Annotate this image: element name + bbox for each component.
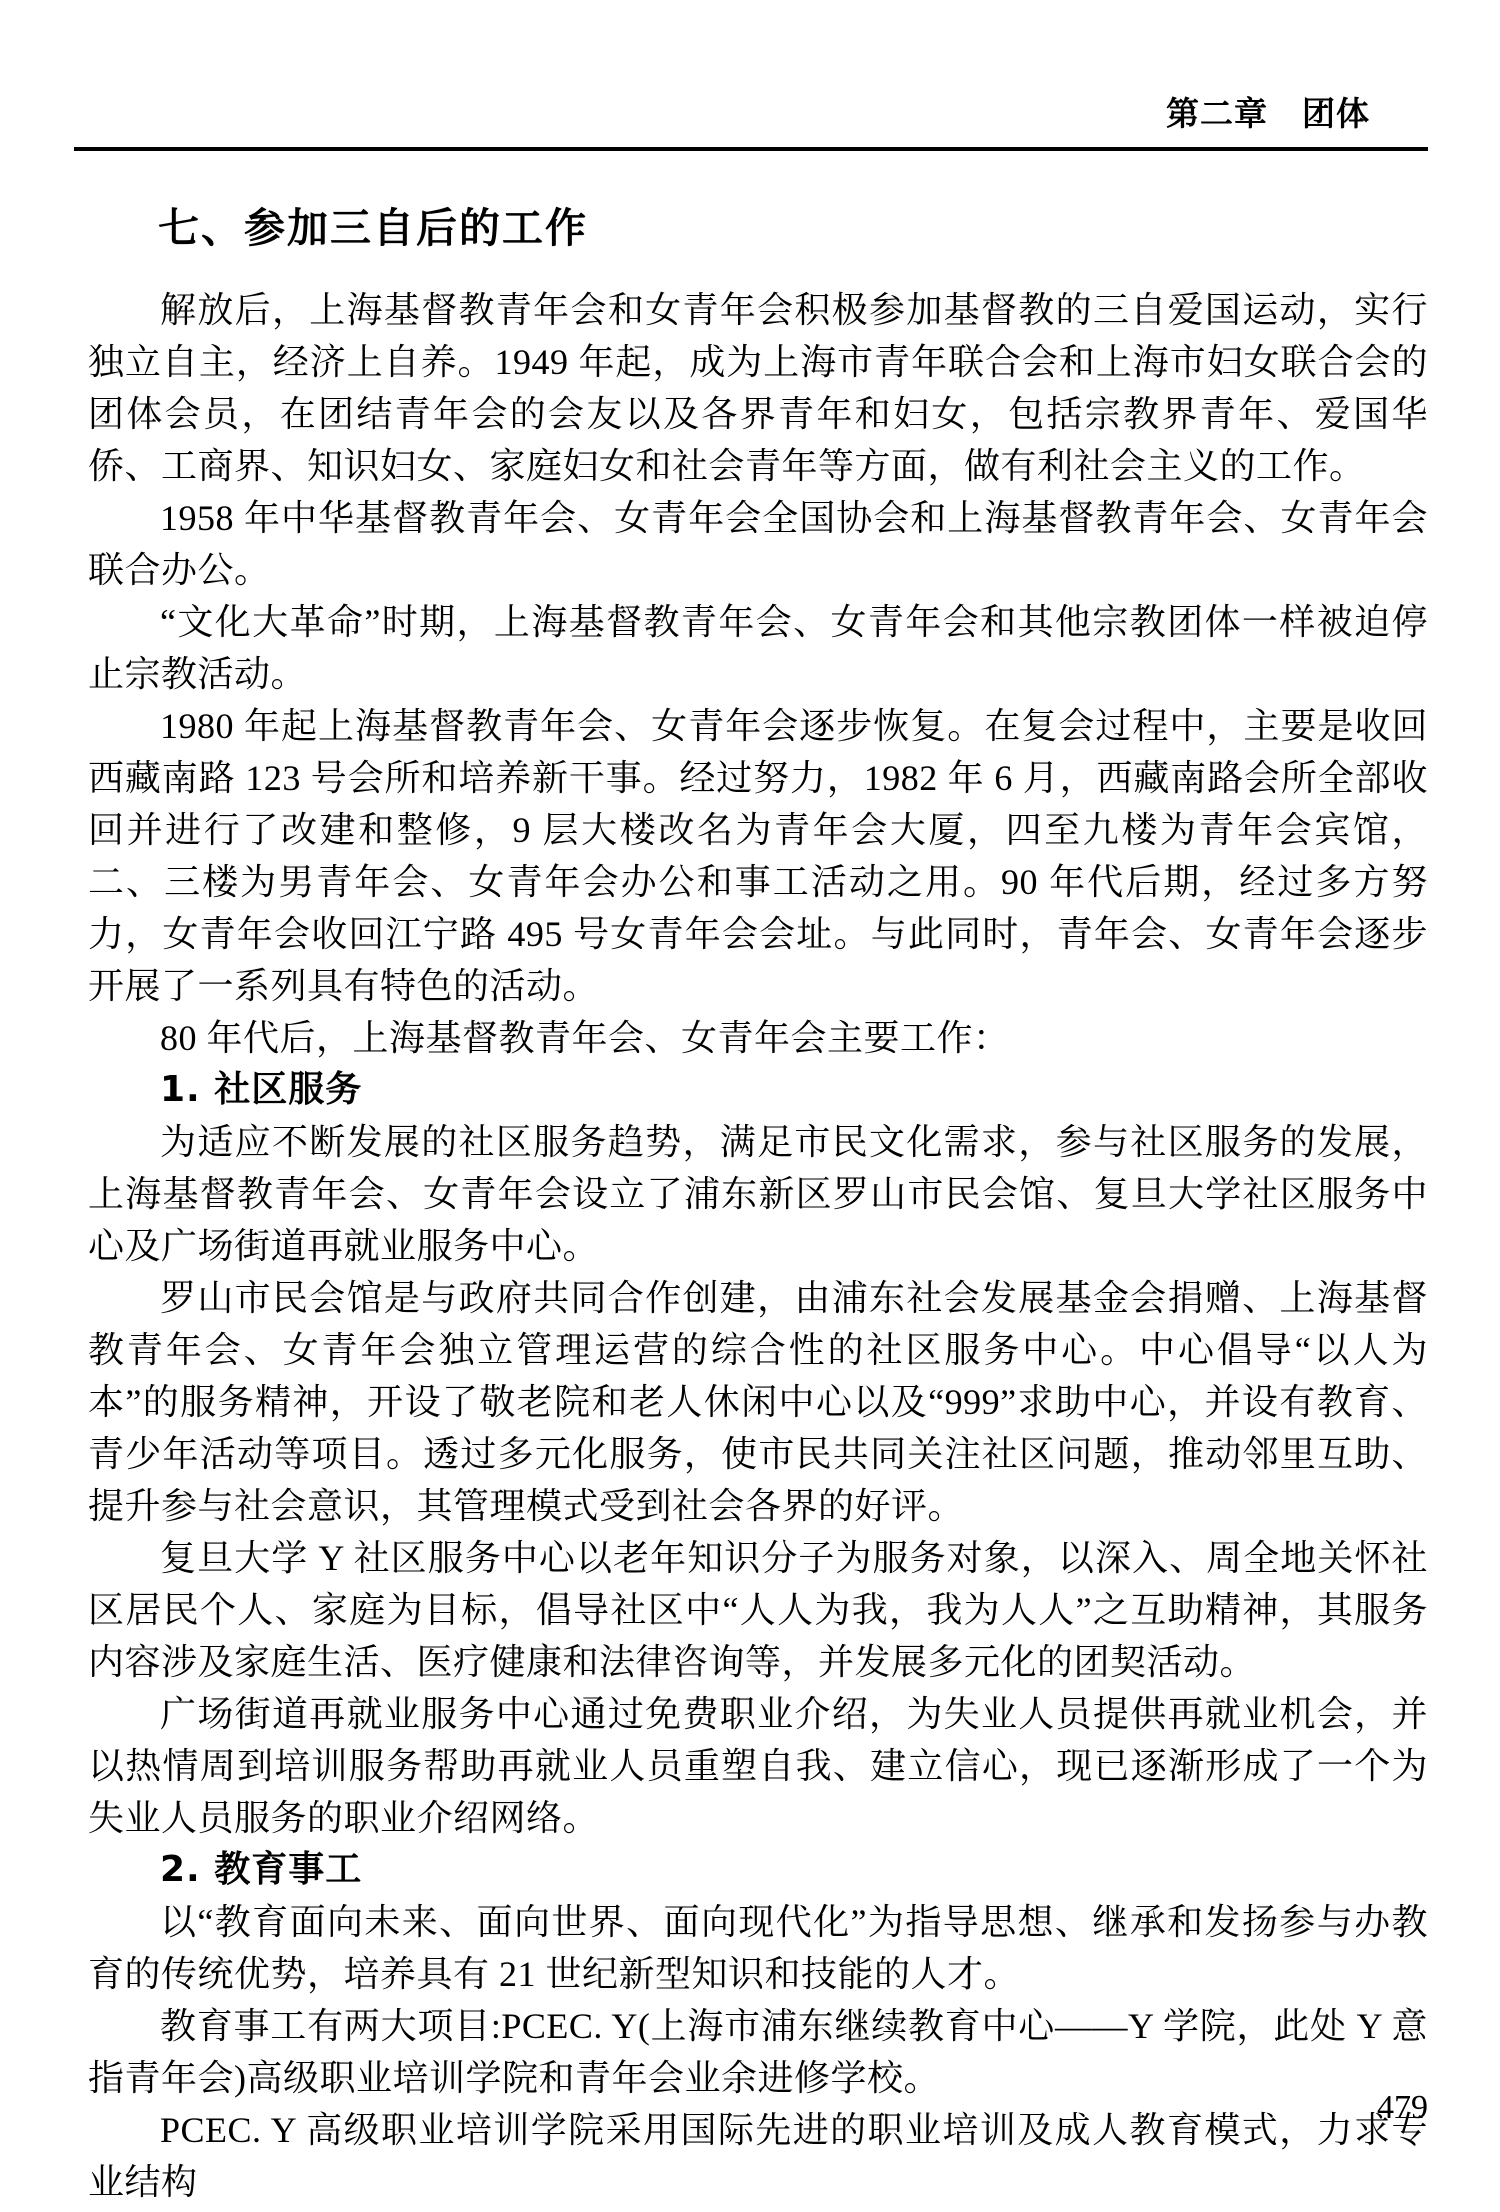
paragraph: 1958 年中华基督教青年会、女青年会全国协会和上海基督教青年会、女青年会联合办…	[88, 492, 1428, 596]
paragraph: 教育事工有两大项目:PCEC. Y(上海市浦东继续教育中心——Y 学院，此处 Y…	[88, 2000, 1428, 2104]
page-number: 479	[1377, 2088, 1428, 2128]
paragraph: 广场街道再就业服务中心通过免费职业介绍，为失业人员提供再就业机会，并以热情周到培…	[88, 1688, 1428, 1844]
header-rule	[74, 147, 1428, 151]
paragraph: 复旦大学 Y 社区服务中心以老年知识分子为服务对象，以深入、周全地关怀社区居民个…	[88, 1532, 1428, 1688]
subheading-community-service: 1. 社区服务	[88, 1064, 1428, 1116]
paragraph: 以“教育面向未来、面向世界、面向现代化”为指导思想、继承和发扬参与办教育的传统优…	[88, 1896, 1428, 2000]
paragraph: 为适应不断发展的社区服务趋势，满足市民文化需求，参与社区服务的发展，上海基督教青…	[88, 1116, 1428, 1272]
document-page: 第二章团体 七、参加三自后的工作 解放后，上海基督教青年会和女青年会积极参加基督…	[0, 0, 1500, 2212]
paragraph: 1980 年起上海基督教青年会、女青年会逐步恢复。在复会过程中，主要是收回西藏南…	[88, 700, 1428, 1012]
paragraph: 解放后，上海基督教青年会和女青年会积极参加基督教的三自爱国运动，实行独立自主，经…	[88, 284, 1428, 492]
paragraph: 80 年代后，上海基督教青年会、女青年会主要工作：	[88, 1012, 1428, 1064]
paragraph: 罗山市民会馆是与政府共同合作创建，由浦东社会发展基金会捐赠、上海基督教青年会、女…	[88, 1272, 1428, 1532]
subheading-education-ministry: 2. 教育事工	[88, 1844, 1428, 1896]
running-header: 第二章团体	[1166, 94, 1370, 134]
chapter-title: 团体	[1302, 94, 1370, 133]
paragraph: “文化大革命”时期，上海基督教青年会、女青年会和其他宗教团体一样被迫停止宗教活动…	[88, 596, 1428, 700]
page-body: 七、参加三自后的工作 解放后，上海基督教青年会和女青年会积极参加基督教的三自爱国…	[88, 200, 1428, 2208]
paragraph: PCEC. Y 高级职业培训学院采用国际先进的职业培训及成人教育模式，力求专业结…	[88, 2104, 1428, 2208]
section-title: 七、参加三自后的工作	[158, 200, 1428, 256]
chapter-label: 第二章	[1166, 94, 1268, 133]
